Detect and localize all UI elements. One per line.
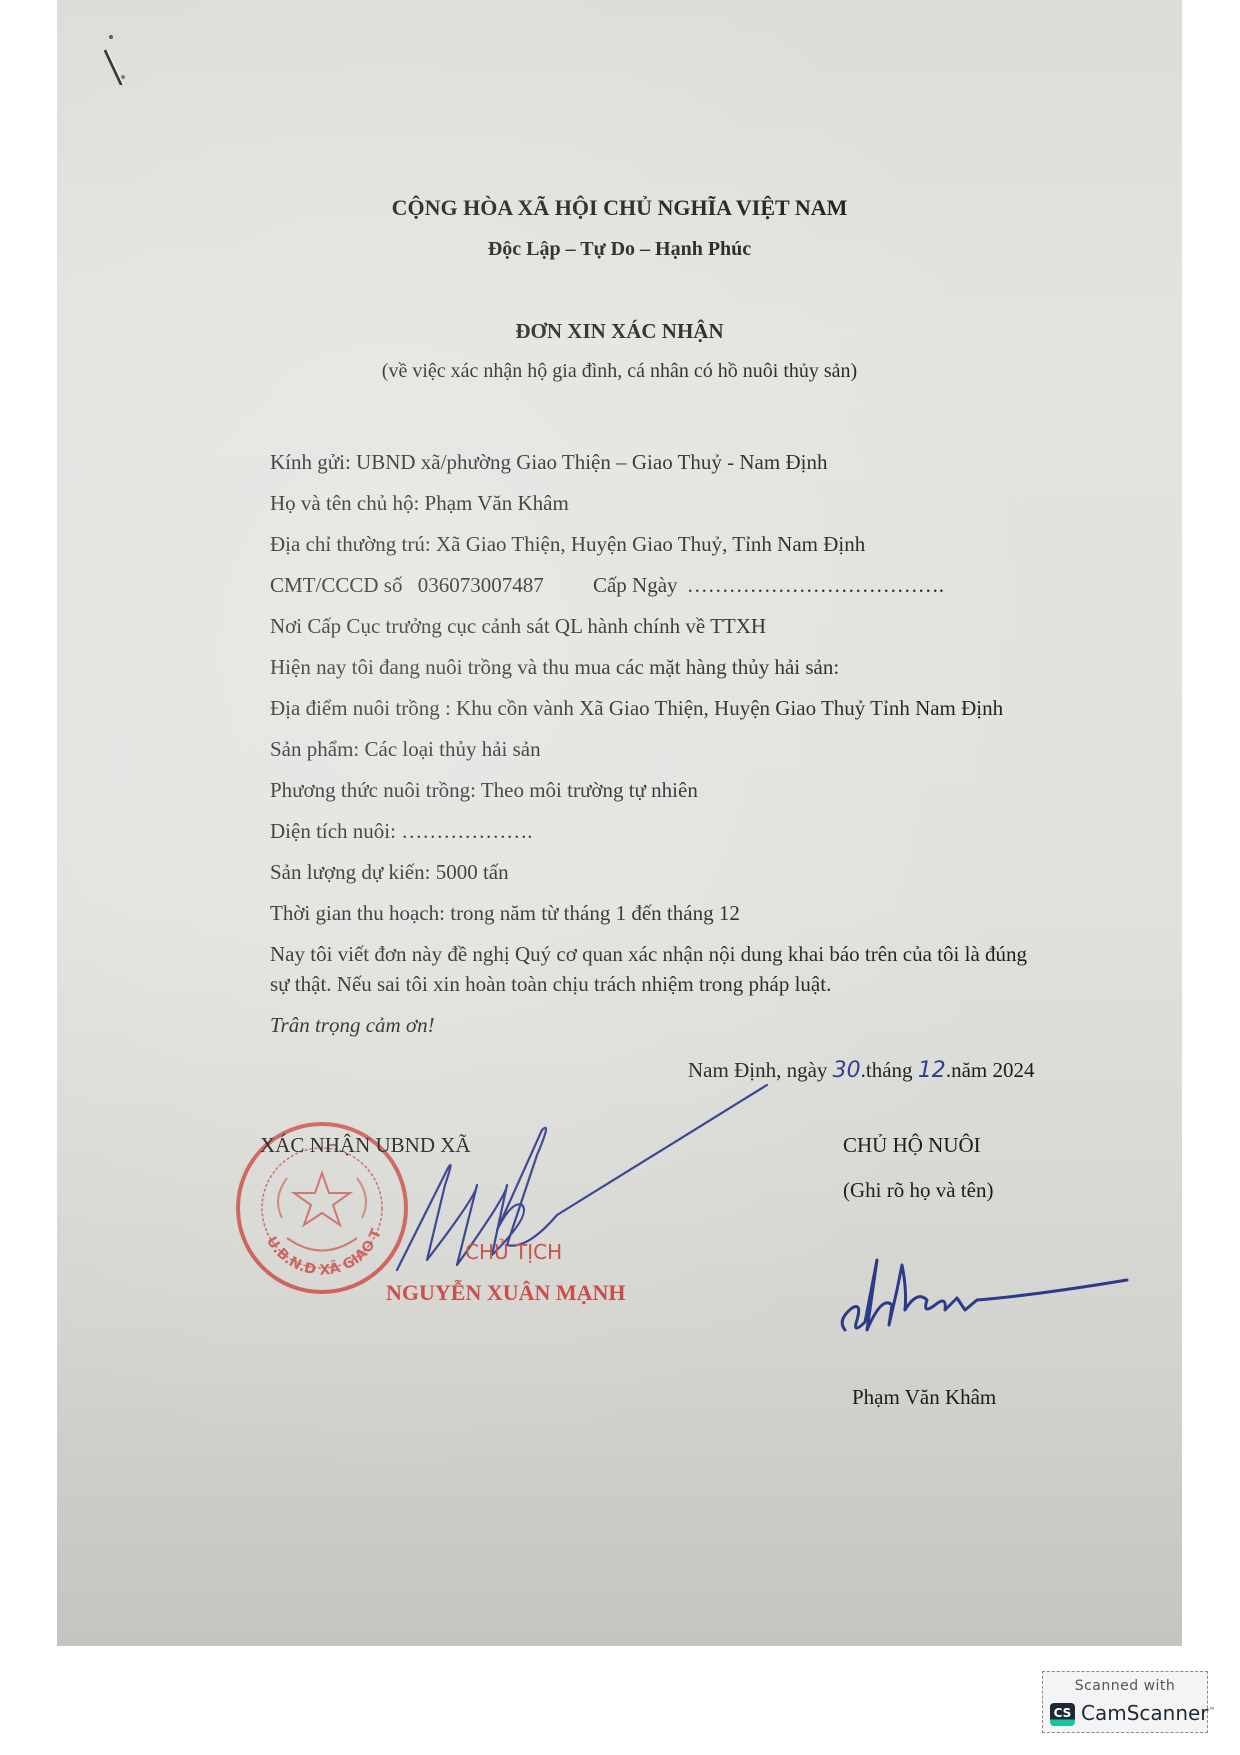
recipient-line: Kính gửi: UBND xã/phường Giao Thiện – Gi… bbox=[270, 450, 827, 475]
chairman-title: CHỦ TỊCH bbox=[465, 1240, 562, 1264]
owner-signature-note: (Ghi rõ họ và tên) bbox=[843, 1178, 993, 1203]
national-title: CỘNG HÒA XÃ HỘI CHỦ NGHĨA VIỆT NAM bbox=[57, 195, 1182, 221]
date-year: .năm 2024 bbox=[946, 1058, 1035, 1082]
farm-location-line: Địa điểm nuôi trồng : Khu cồn vành Xã Gi… bbox=[270, 696, 1003, 721]
owner-signature-heading: CHỦ HỘ NUÔI bbox=[843, 1133, 981, 1158]
issuing-authority-line: Nơi Cấp Cục trưởng cục cảnh sát QL hành … bbox=[270, 614, 766, 639]
issue-date-value: ………………………………. bbox=[687, 573, 944, 597]
declaration-line-2: sự thật. Nếu sai tôi xin hoàn toàn chịu … bbox=[270, 972, 831, 997]
watermark-brand: CamScanner™ bbox=[1081, 1701, 1216, 1725]
closing-line: Trân trọng cảm ơn! bbox=[270, 1013, 435, 1038]
farm-area-line: Diện tích nuôi: ………………. bbox=[270, 819, 532, 844]
date-day-handwritten: 30 bbox=[833, 1058, 861, 1083]
id-line: CMT/CCCD số 036073007487 Cấp Ngày ………………… bbox=[270, 573, 944, 598]
staple-mark-icon bbox=[87, 25, 147, 85]
issue-date-label: Cấp Ngày bbox=[593, 573, 678, 597]
date-month-label: .tháng bbox=[861, 1058, 913, 1082]
form-title: ĐƠN XIN XÁC NHẬN bbox=[57, 319, 1182, 344]
form-subtitle: (về việc xác nhận hộ gia đình, cá nhân c… bbox=[57, 360, 1182, 383]
owner-name: Phạm Văn Khâm bbox=[852, 1385, 996, 1410]
harvest-time-line: Thời gian thu hoạch: trong năm từ tháng … bbox=[270, 901, 740, 926]
camscanner-watermark: Scanned with CS CamScanner™ bbox=[1042, 1671, 1208, 1733]
chairman-name: NGUYỄN XUÂN MẠNH bbox=[386, 1280, 626, 1306]
activity-line: Hiện nay tôi đang nuôi trồng và thu mua … bbox=[270, 655, 839, 680]
product-line: Sản phẩm: Các loại thủy hải sản bbox=[270, 737, 541, 762]
scanned-document-photo: CỘNG HÒA XÃ HỘI CHỦ NGHĨA VIỆT NAM Độc L… bbox=[57, 0, 1182, 1646]
watermark-brand-text: CamScanner bbox=[1081, 1701, 1209, 1725]
farming-method-line: Phương thức nuôi trồng: Theo môi trường … bbox=[270, 778, 698, 803]
date-month-handwritten: 12 bbox=[918, 1058, 946, 1083]
trademark-symbol: ™ bbox=[1209, 1706, 1216, 1714]
owner-signature-icon bbox=[837, 1250, 1137, 1340]
camscanner-logo-icon: CS bbox=[1050, 1703, 1075, 1726]
watermark-caption: Scanned with bbox=[1043, 1678, 1207, 1694]
declaration-line-1: Nay tôi viết đơn này đề nghị Quý cơ quan… bbox=[270, 942, 1027, 967]
id-label: CMT/CCCD số bbox=[270, 573, 402, 597]
id-number: 036073007487 bbox=[418, 573, 544, 597]
expected-output-line: Sản lượng dự kiến: 5000 tấn bbox=[270, 860, 509, 885]
address-line: Địa chỉ thường trú: Xã Giao Thiện, Huyện… bbox=[270, 532, 865, 557]
national-motto: Độc Lập – Tự Do – Hạnh Phúc bbox=[57, 238, 1182, 261]
household-head-line: Họ và tên chủ hộ: Phạm Văn Khâm bbox=[270, 491, 569, 516]
